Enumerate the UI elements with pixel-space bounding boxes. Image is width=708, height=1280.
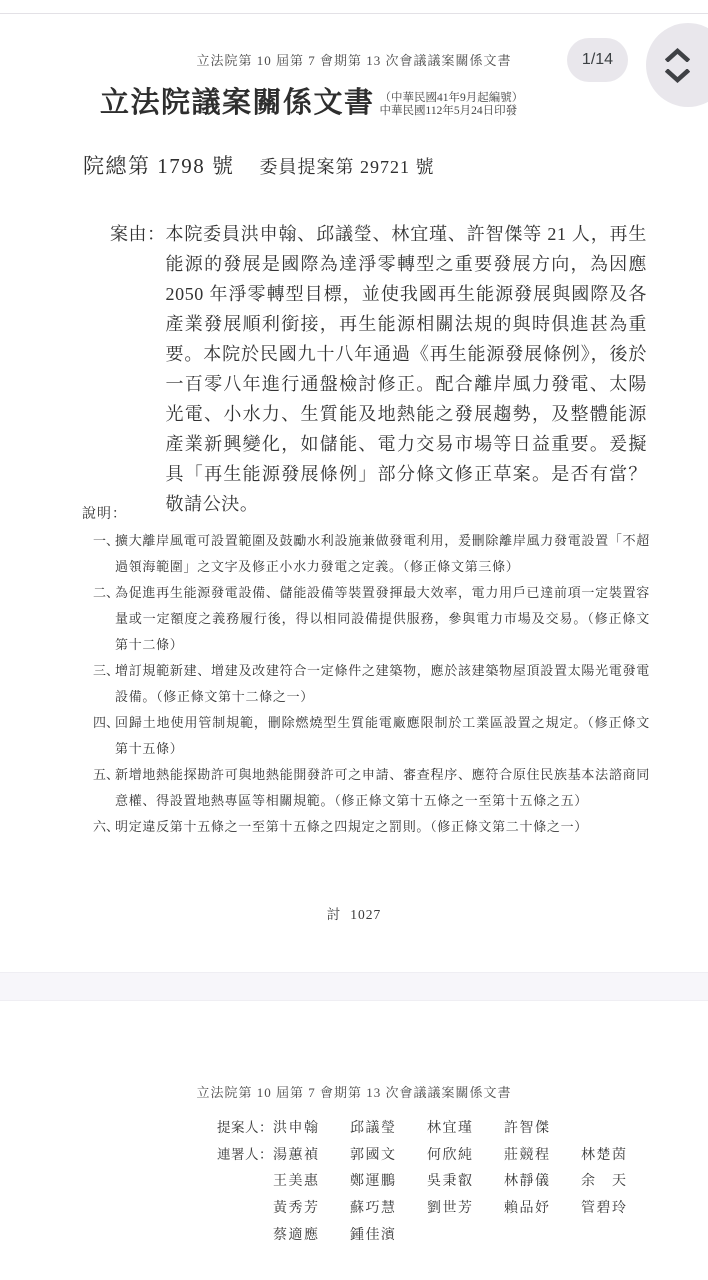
explanation-item-2: 二、為促進再生能源發電設備、儲能設備等裝置發揮最大效率，電力用戶已達前項一定裝置…	[82, 580, 650, 658]
proposer-name: 洪申翰	[273, 1115, 350, 1142]
proposers-row: 提案人：洪申翰邱議瑩林宜瑾許智傑	[217, 1114, 658, 1141]
chevron-down-icon[interactable]	[665, 69, 690, 83]
page-separator	[0, 972, 708, 1001]
case-summary: 案由： 本院委員洪申翰、邱議瑩、林宜瑾、許智傑等 21 人，再生能源的發展是國際…	[110, 219, 647, 519]
item-text: 為促進再生能源發電設備、儲能設備等裝置發揮最大效率，電力用戶已達前項一定裝置容量…	[115, 585, 650, 652]
cosigner-name: 賴品妤	[504, 1195, 581, 1222]
cosigner-name: 鍾佳濱	[350, 1222, 427, 1249]
cosigner-name: 王美惠	[273, 1168, 350, 1195]
cosigner-name: 管碧玲	[581, 1195, 658, 1222]
pdf-viewer: 立法院第 10 屆第 7 會期第 13 次會議議案關係文書 立法院議案關係文書 …	[0, 0, 708, 1280]
footer-number: 1027	[350, 907, 381, 922]
item-number: 六、	[93, 814, 119, 840]
cosigners-label: 連署人：	[217, 1141, 273, 1168]
page-nav-button[interactable]	[646, 23, 708, 107]
page1-footer: 討1027	[0, 903, 708, 923]
item-text: 明定違反第十五條之一至第十五條之四規定之罰則。（修正條文第二十條之一）	[115, 819, 588, 834]
title-notes: （中華民國41年9月起編號） 中華民國112年5月24日印發	[380, 92, 524, 117]
explanation-item-1: 一、擴大離岸風電可設置範圍及鼓勵水利設施兼做發電利用，爰刪除離岸風力發電設置「不…	[82, 528, 650, 580]
case-text: 本院委員洪申翰、邱議瑩、林宜瑾、許智傑等 21 人，再生能源的發展是國際為達淨零…	[166, 219, 648, 519]
cosigner-name: 何欣純	[427, 1142, 504, 1169]
proposer-name: 許智傑	[504, 1115, 581, 1142]
cosigner-name: 林靜儀	[504, 1168, 581, 1195]
item-text: 回歸土地使用管制規範，刪除燃燒型生質能電廠應限制於工業區設置之規定。（修正條文第…	[115, 715, 650, 756]
title-note-print-date: 中華民國112年5月24日印發	[380, 105, 524, 118]
item-number: 四、	[93, 710, 119, 736]
registry-number: 院總第 1798 號	[83, 154, 235, 178]
cosigner-name: 吳秉叡	[427, 1168, 504, 1195]
page2-running-header: 立法院第 10 屆第 7 會期第 13 次會議議案關係文書	[0, 1082, 708, 1101]
item-number: 三、	[93, 658, 119, 684]
footer-label: 討	[327, 907, 341, 922]
cosigner-name: 湯蕙禎	[273, 1142, 350, 1169]
document-title: 立法院議案關係文書	[100, 86, 375, 120]
explanation-label: 說明：	[82, 502, 650, 528]
chevron-up-icon[interactable]	[665, 48, 690, 62]
explanation-section: 說明： 一、擴大離岸風電可設置範圍及鼓勵水利設施兼做發電利用，爰刪除離岸風力發電…	[82, 502, 650, 840]
item-number: 五、	[93, 762, 119, 788]
cosigner-name: 蘇巧慧	[350, 1195, 427, 1222]
proposal-number: 委員提案第 29721 號	[260, 157, 435, 177]
explanation-item-6: 六、明定違反第十五條之一至第十五條之四規定之罰則。（修正條文第二十條之一）	[82, 814, 650, 840]
cosigners-row: 王美惠鄭運鵬吳秉叡林靜儀余 天	[217, 1168, 658, 1195]
title-note-numbering: （中華民國41年9月起編號）	[380, 92, 524, 105]
item-number: 一、	[93, 528, 119, 554]
cosigner-name: 林楚茵	[581, 1142, 658, 1169]
cosigner-name: 莊競程	[504, 1142, 581, 1169]
cosigner-name: 黃秀芳	[273, 1195, 350, 1222]
cosigners-row: 黃秀芳蘇巧慧劉世芳賴品妤管碧玲	[217, 1195, 658, 1222]
cosigner-name: 郭國文	[350, 1142, 427, 1169]
document-title-block: 立法院議案關係文書 （中華民國41年9月起編號） 中華民國112年5月24日印發	[100, 86, 523, 120]
cosigners-row: 連署人：湯蕙禎郭國文何欣純莊競程林楚茵	[217, 1141, 658, 1168]
page-indicator: 1/14	[567, 38, 628, 82]
item-text: 增訂規範新建、增建及改建符合一定條件之建築物，應於該建築物屋頂設置太陽光電發電設…	[115, 663, 650, 704]
proposer-name: 林宜瑾	[427, 1115, 504, 1142]
proposers-label: 提案人：	[217, 1114, 273, 1141]
top-divider	[0, 13, 708, 14]
item-text: 新增地熱能探勘許可與地熱能開發許可之申請、審查程序、應符合原住民族基本法諮商同意…	[115, 767, 650, 808]
cosigner-name: 劉世芳	[427, 1195, 504, 1222]
cosigners-row: 蔡適應鍾佳濱	[217, 1222, 658, 1249]
item-number: 二、	[93, 580, 119, 606]
explanation-item-4: 四、回歸土地使用管制規範，刪除燃燒型生質能電廠應限制於工業區設置之規定。（修正條…	[82, 710, 650, 762]
cosigner-name: 余 天	[581, 1168, 658, 1195]
item-text: 擴大離岸風電可設置範圍及鼓勵水利設施兼做發電利用，爰刪除離岸風力發電設置「不超過…	[115, 533, 650, 574]
explanation-item-5: 五、新增地熱能探勘許可與地熱能開發許可之申請、審查程序、應符合原住民族基本法諮商…	[82, 762, 650, 814]
proposer-name: 邱議瑩	[350, 1115, 427, 1142]
document-numbers: 院總第 1798 號委員提案第 29721 號	[83, 150, 435, 180]
cosigner-name: 蔡適應	[273, 1222, 350, 1249]
cosigner-name: 鄭運鵬	[350, 1168, 427, 1195]
explanation-item-3: 三、增訂規範新建、增建及改建符合一定條件之建築物，應於該建築物屋頂設置太陽光電發…	[82, 658, 650, 710]
case-label: 案由：	[110, 219, 166, 519]
signers-block: 提案人：洪申翰邱議瑩林宜瑾許智傑 連署人：湯蕙禎郭國文何欣純莊競程林楚茵 王美惠…	[217, 1114, 658, 1249]
